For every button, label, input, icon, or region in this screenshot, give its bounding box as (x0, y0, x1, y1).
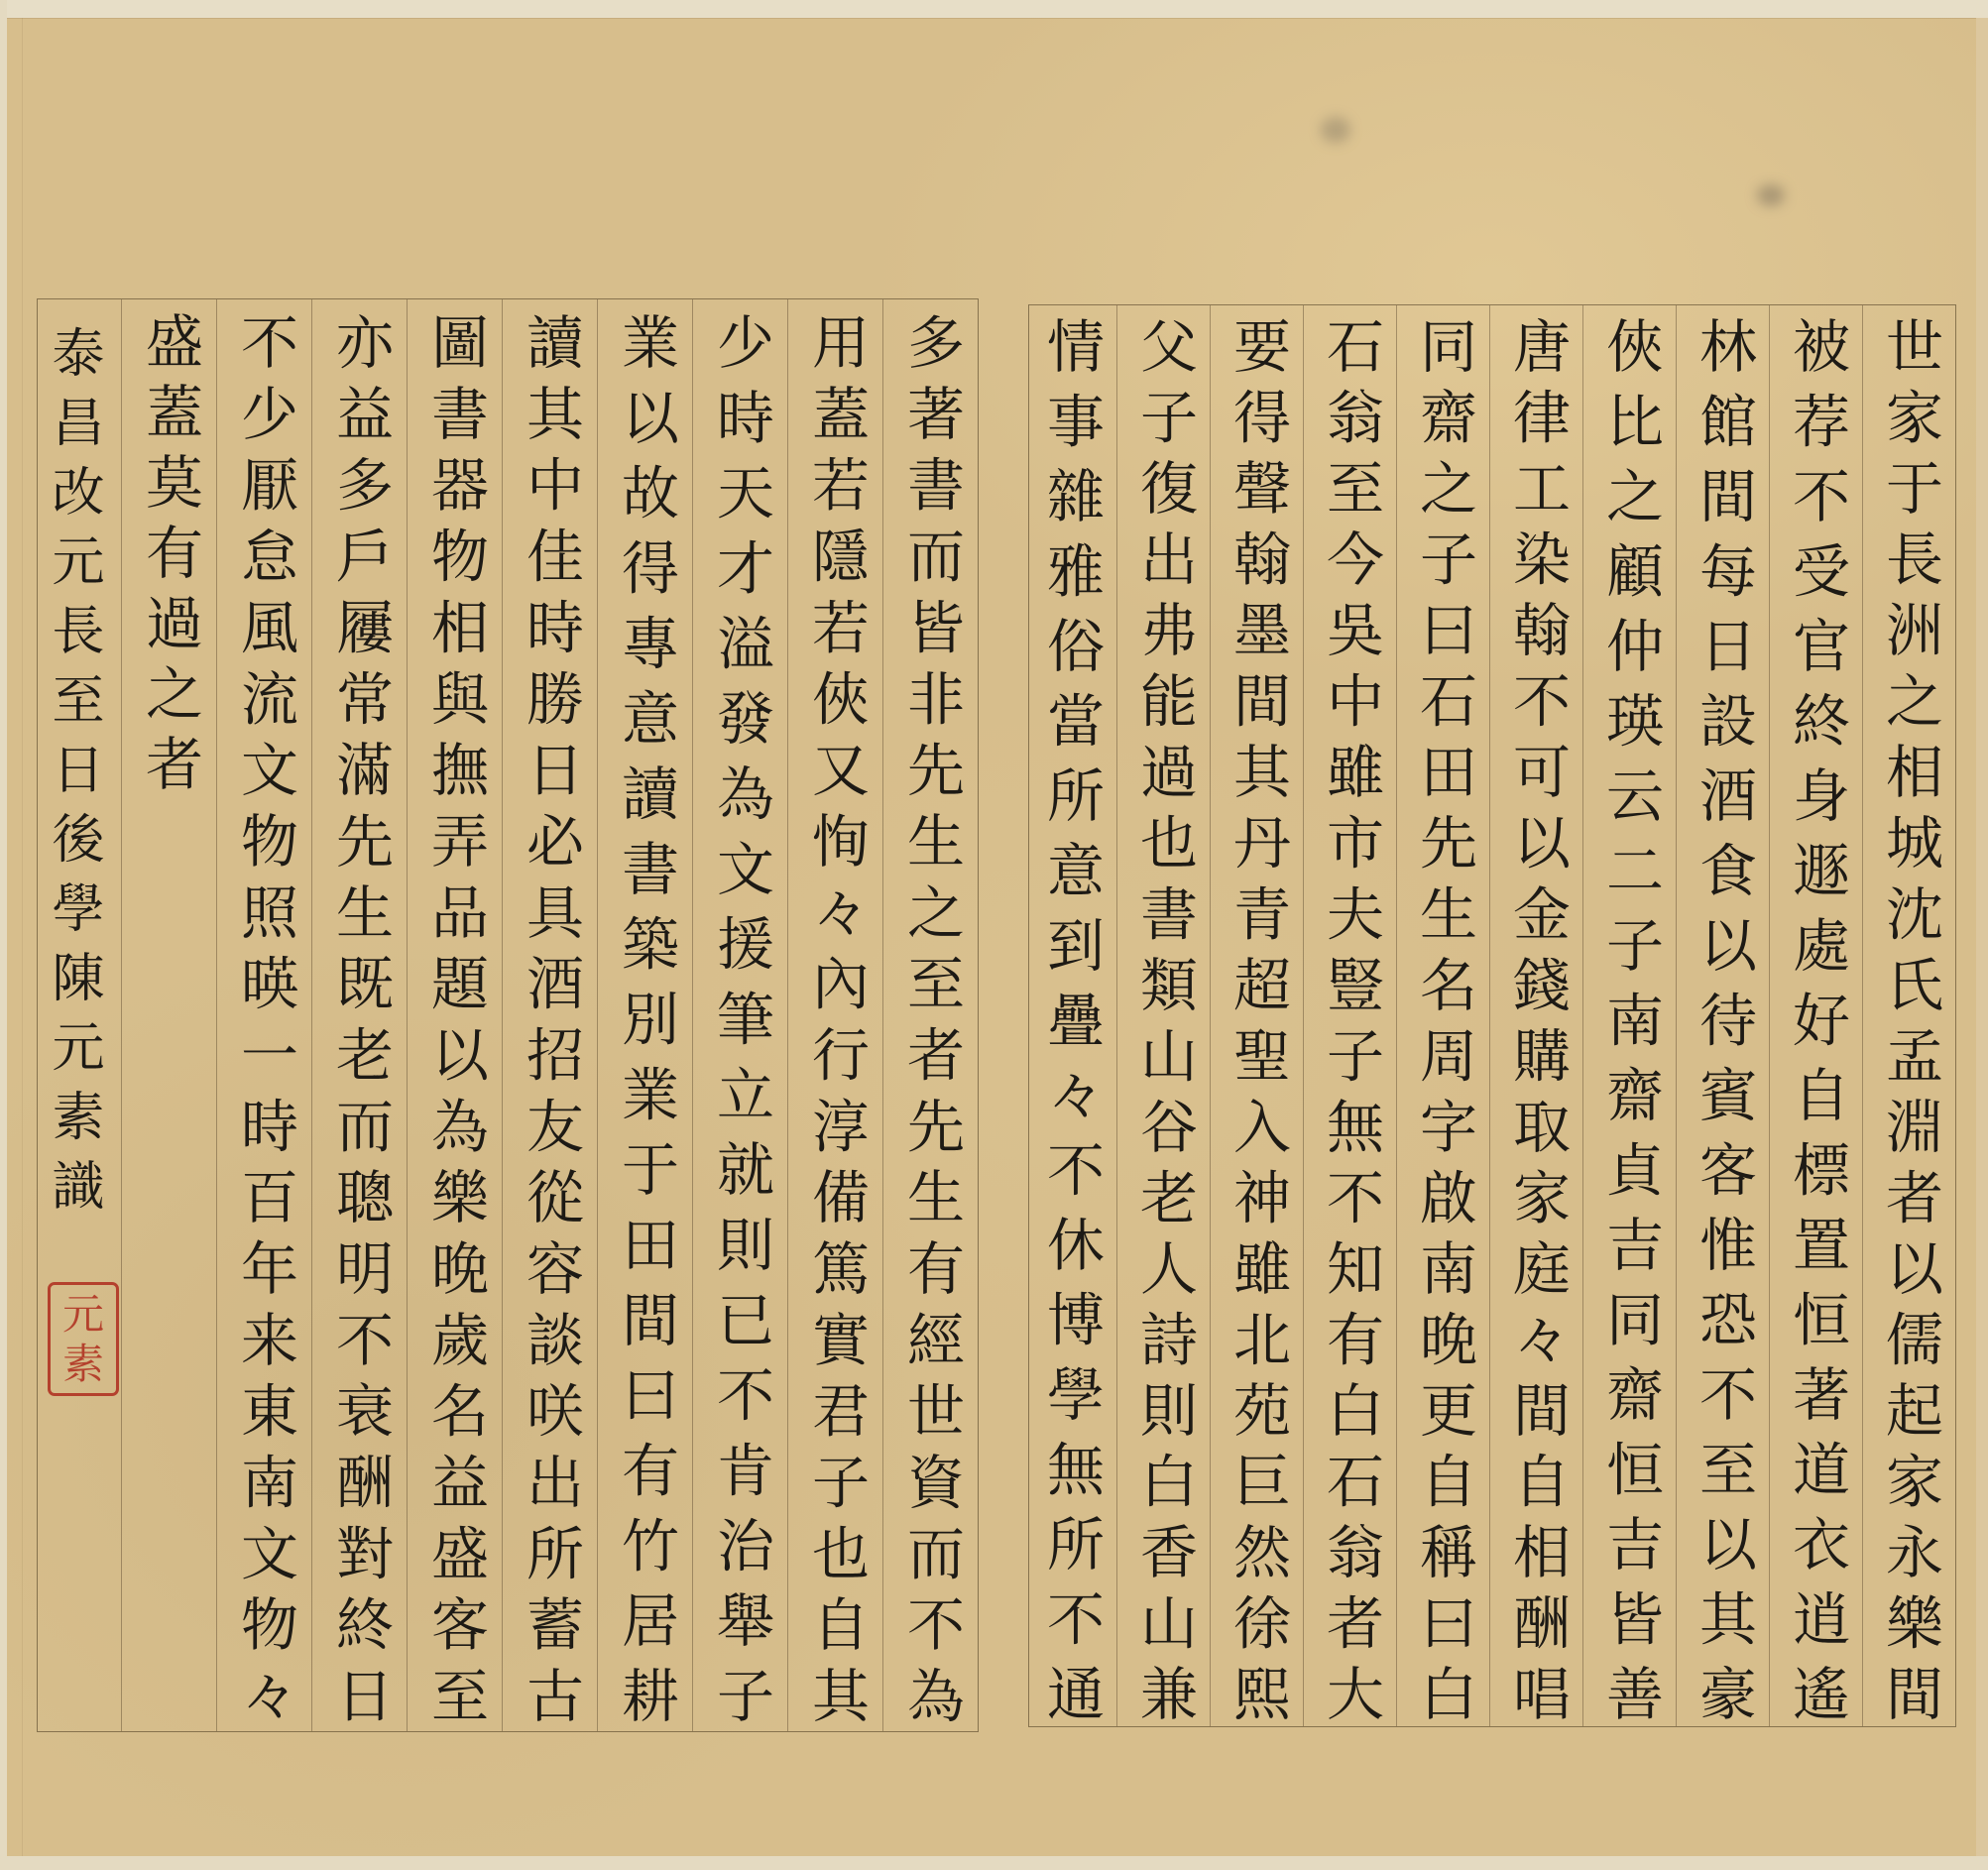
text-column-closing: 盛蓋莫有過之者 (121, 299, 216, 1731)
paper-right-edge (1976, 18, 1988, 1856)
text-column: 讀其中佳時勝日必具酒招友從容談咲出所蓄古 (502, 299, 597, 1731)
seal-character: 素 (62, 1340, 104, 1389)
silk-mount-top-edge (0, 0, 1988, 18)
paper-stain (1757, 184, 1785, 206)
left-text-panel: 多著書而皆非先生之至者先生有經世資而不為 用蓋若隱若俠又恂々內行淳備篤實君子也自… (37, 298, 979, 1732)
text-column: 世家于長洲之相城沈氏孟淵者以儒起家永樂間 (1862, 305, 1955, 1726)
silk-mount-bottom-edge (0, 1856, 1988, 1870)
text-column: 業以故得專意讀書築別業于田間曰有竹居耕 (597, 299, 692, 1731)
text-column: 要得聲翰墨間其丹青超聖入神雖北苑巨然徐熙 (1210, 305, 1303, 1726)
silk-mount-left-edge (0, 0, 7, 1870)
text-column: 不少厭怠風流文物照暎一時百年来東南文物々 (216, 299, 311, 1731)
text-column: 少時天才溢發為文援筆立就則已不肯治舉子 (692, 299, 787, 1731)
calligraphy-sheet: 世家于長洲之相城沈氏孟淵者以儒起家永樂間 被荐不受官終身遯處好自標置恒著道衣逍遙… (0, 0, 1988, 1870)
text-column: 情事雜雅俗當所意到疊々不休博學無所不通 (1024, 305, 1116, 1726)
text-column: 圖書器物相與撫弄品題以為樂晚歲名益盛客至 (407, 299, 502, 1731)
red-seal: 元 素 (48, 1282, 119, 1396)
right-text-panel: 世家于長洲之相城沈氏孟淵者以儒起家永樂間 被荐不受官終身遯處好自標置恒著道衣逍遙… (1028, 304, 1956, 1727)
text-column: 父子復出弗能過也書類山谷老人詩則白香山兼 (1116, 305, 1210, 1726)
text-column: 唐律工染翰不可以金錢購取家庭々間自相酬唱 (1489, 305, 1582, 1726)
text-column: 多著書而皆非先生之至者先生有經世資而不為 (882, 299, 978, 1731)
signature-column: 泰昌改元長至日後學陳元素識 (27, 299, 121, 1731)
paper-stain (1321, 117, 1350, 143)
text-column: 俠比之顧仲瑛云二子南齋貞吉同齋恒吉皆善 (1582, 305, 1676, 1726)
text-column: 林館間每日設酒食以待賓客惟恐不至以其豪 (1676, 305, 1769, 1726)
text-column: 石翁至今吳中雖市夫豎子無不知有白石翁者大 (1303, 305, 1396, 1726)
text-column: 同齋之子曰石田先生名周字啟南晚更自稱曰白 (1396, 305, 1489, 1726)
paper-margin-line (22, 18, 23, 1856)
text-column: 被荐不受官終身遯處好自標置恒著道衣逍遙 (1769, 305, 1862, 1726)
text-column: 用蓋若隱若俠又恂々內行淳備篤實君子也自其 (787, 299, 882, 1731)
text-column: 亦益多戶屨常滿先生既老而聰明不衰酬對終日 (311, 299, 407, 1731)
seal-character: 元 (62, 1290, 104, 1340)
